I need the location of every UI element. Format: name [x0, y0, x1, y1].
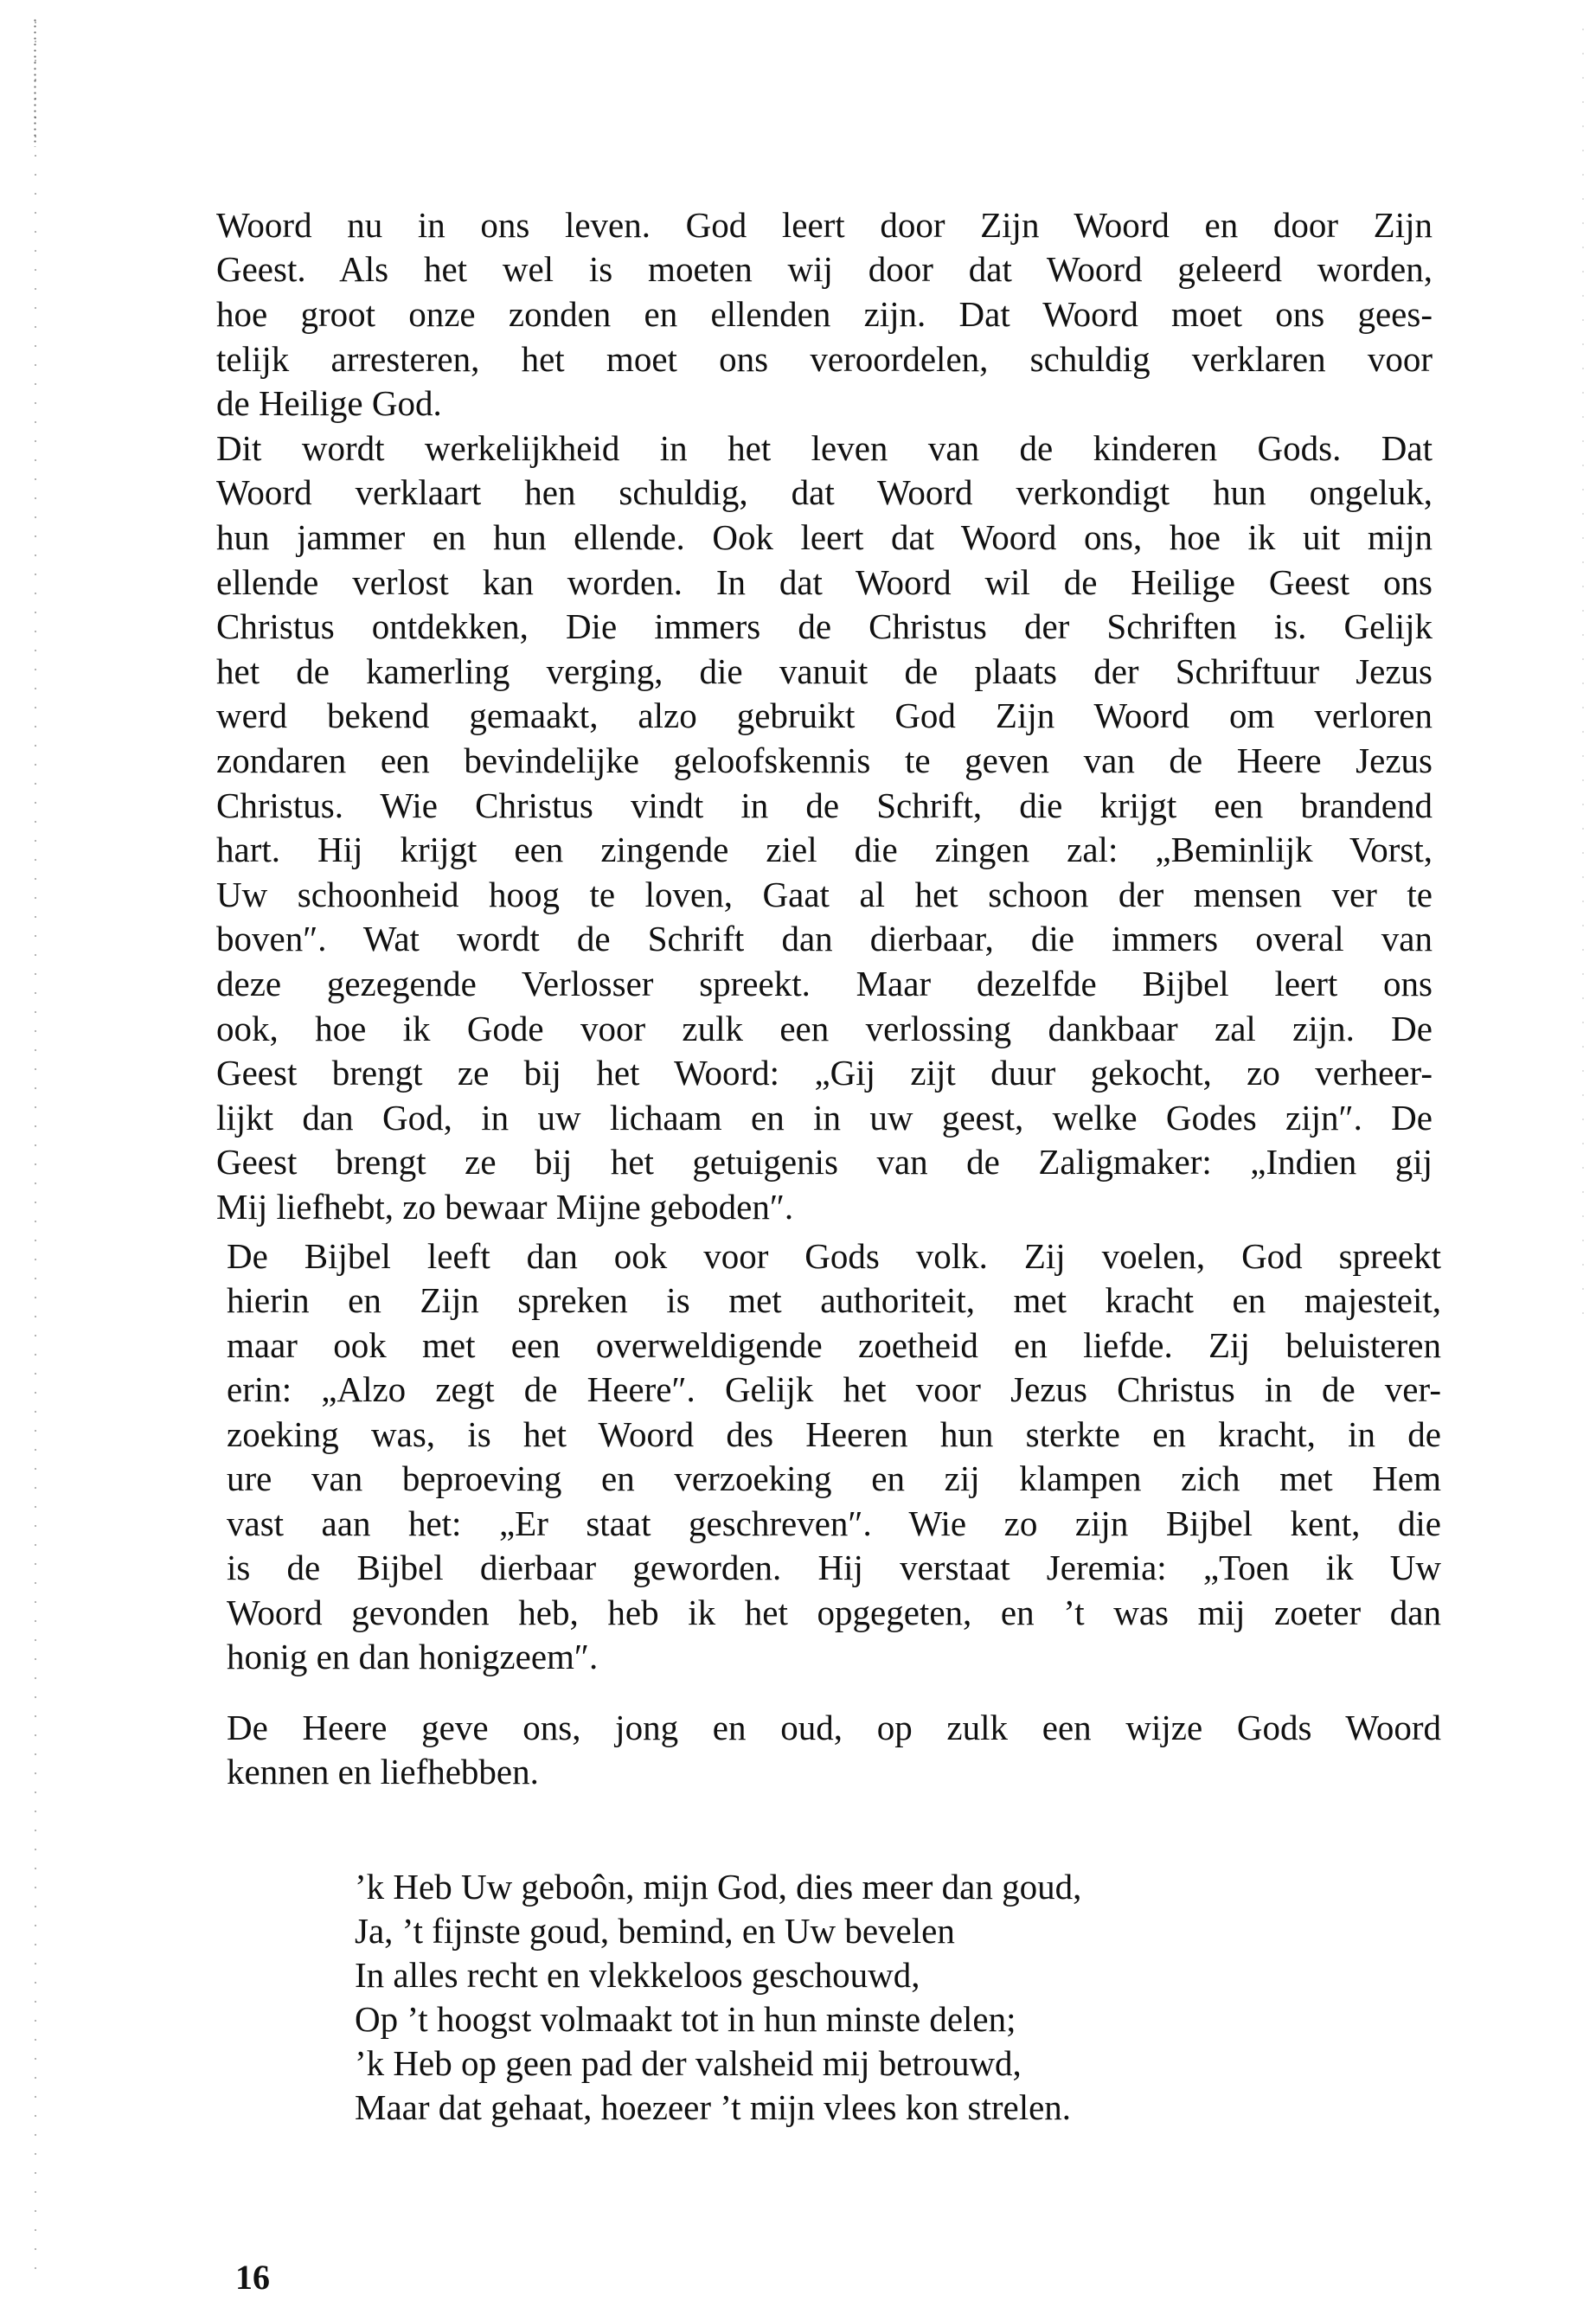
text-line: maar ook met een overweldigende zoetheid… — [227, 1324, 1441, 1367]
text-line: Uw schoonheid hoog te loven, Gaat al het… — [216, 873, 1433, 916]
text-line: boven″. Wat wordt de Schrift dan dierbaa… — [216, 917, 1433, 960]
poem-line: In alles recht en vlekkeloos geschouwd, — [355, 1953, 920, 1997]
text-line: lijkt dan God, in uw lichaam en in uw ge… — [216, 1096, 1433, 1139]
poem-line: ’k Heb Uw geboôn, mijn God, dies meer da… — [355, 1865, 1081, 1908]
text-line: hierin en Zijn spreken is met authoritei… — [227, 1279, 1441, 1322]
text-line: telijk arresteren, het moet ons veroorde… — [216, 337, 1433, 381]
text-line: De Bijbel leeft dan ook voor Gods volk. … — [227, 1234, 1441, 1278]
poem-line: Ja, ’t fijnste goud, bemind, en Uw bevel… — [355, 1909, 955, 1952]
text-line: zondaren een bevindelijke geloofskennis … — [216, 739, 1433, 782]
text-line: werd bekend gemaakt, alzo gebruikt God Z… — [216, 694, 1433, 737]
text-line: ellende verlost kan worden. In dat Woord… — [216, 561, 1433, 604]
poem-line: Op ’t hoogst volmaakt tot in hun minste … — [355, 1997, 1016, 2041]
text-line: ure van beproeving en verzoeking en zij … — [227, 1457, 1441, 1500]
text-line: het de kamerling verging, die vanuit de … — [216, 650, 1433, 693]
text-line: hoe groot onze zonden en ellenden zijn. … — [216, 292, 1433, 336]
text-line: Dit wordt werkelijkheid in het leven van… — [216, 426, 1433, 470]
text-line: Geest brengt ze bij het getuigenis van d… — [216, 1140, 1433, 1183]
text-line: Mij liefhebt, zo bewaar Mijne geboden″. — [216, 1185, 1433, 1228]
text-line: De Heere geve ons, jong en oud, op zulk … — [227, 1706, 1441, 1749]
text-line: honig en dan honigzeem″. — [227, 1635, 1441, 1678]
text-line: Woord verklaart hen schuldig, dat Woord … — [216, 471, 1433, 514]
poem-line: Maar dat gehaat, hoezeer ’t mijn vlees k… — [355, 2086, 1071, 2129]
text-line: Woord gevonden heb, heb ik het opgegeten… — [227, 1591, 1441, 1634]
text-line: Geest. Als het wel is moeten wij door da… — [216, 247, 1433, 291]
text-line: kennen en liefhebben. — [227, 1750, 1441, 1793]
text-line: deze gezegende Verlosser spreekt. Maar d… — [216, 962, 1433, 1005]
text-line: hart. Hij krijgt een zingende ziel die z… — [216, 828, 1433, 871]
text-line: zoeking was, is het Woord des Heeren hun… — [227, 1413, 1441, 1456]
text-line: erin: „Alzo zegt de Heere″. Gelijk het v… — [227, 1368, 1441, 1411]
text-line: ook, hoe ik Gode voor zulk een verlossin… — [216, 1007, 1433, 1050]
text-line: vast aan het: „Er staat geschreven″. Wie… — [227, 1502, 1441, 1545]
scan-artifact-right-edge — [1581, 17, 1585, 1315]
text-line: hun jammer en hun ellende. Ook leert dat… — [216, 516, 1433, 559]
text-line: Christus. Wie Christus vindt in de Schri… — [216, 784, 1433, 827]
scan-artifact-left-edge — [33, 13, 38, 2279]
text-line: Geest brengt ze bij het Woord: „Gij zijt… — [216, 1051, 1433, 1094]
text-line: Christus ontdekken, Die immers de Christ… — [216, 605, 1433, 648]
poem-line: ’k Heb op geen pad der valsheid mij betr… — [355, 2041, 1022, 2085]
text-line: Woord nu in ons leven. God leert door Zi… — [216, 203, 1433, 247]
text-line: de Heilige God. — [216, 381, 1433, 425]
scanned-book-page: Woord nu in ons leven. God leert door Zi… — [0, 0, 1596, 2301]
page-number: 16 — [235, 2256, 270, 2299]
text-line: is de Bijbel dierbaar geworden. Hij vers… — [227, 1546, 1441, 1589]
